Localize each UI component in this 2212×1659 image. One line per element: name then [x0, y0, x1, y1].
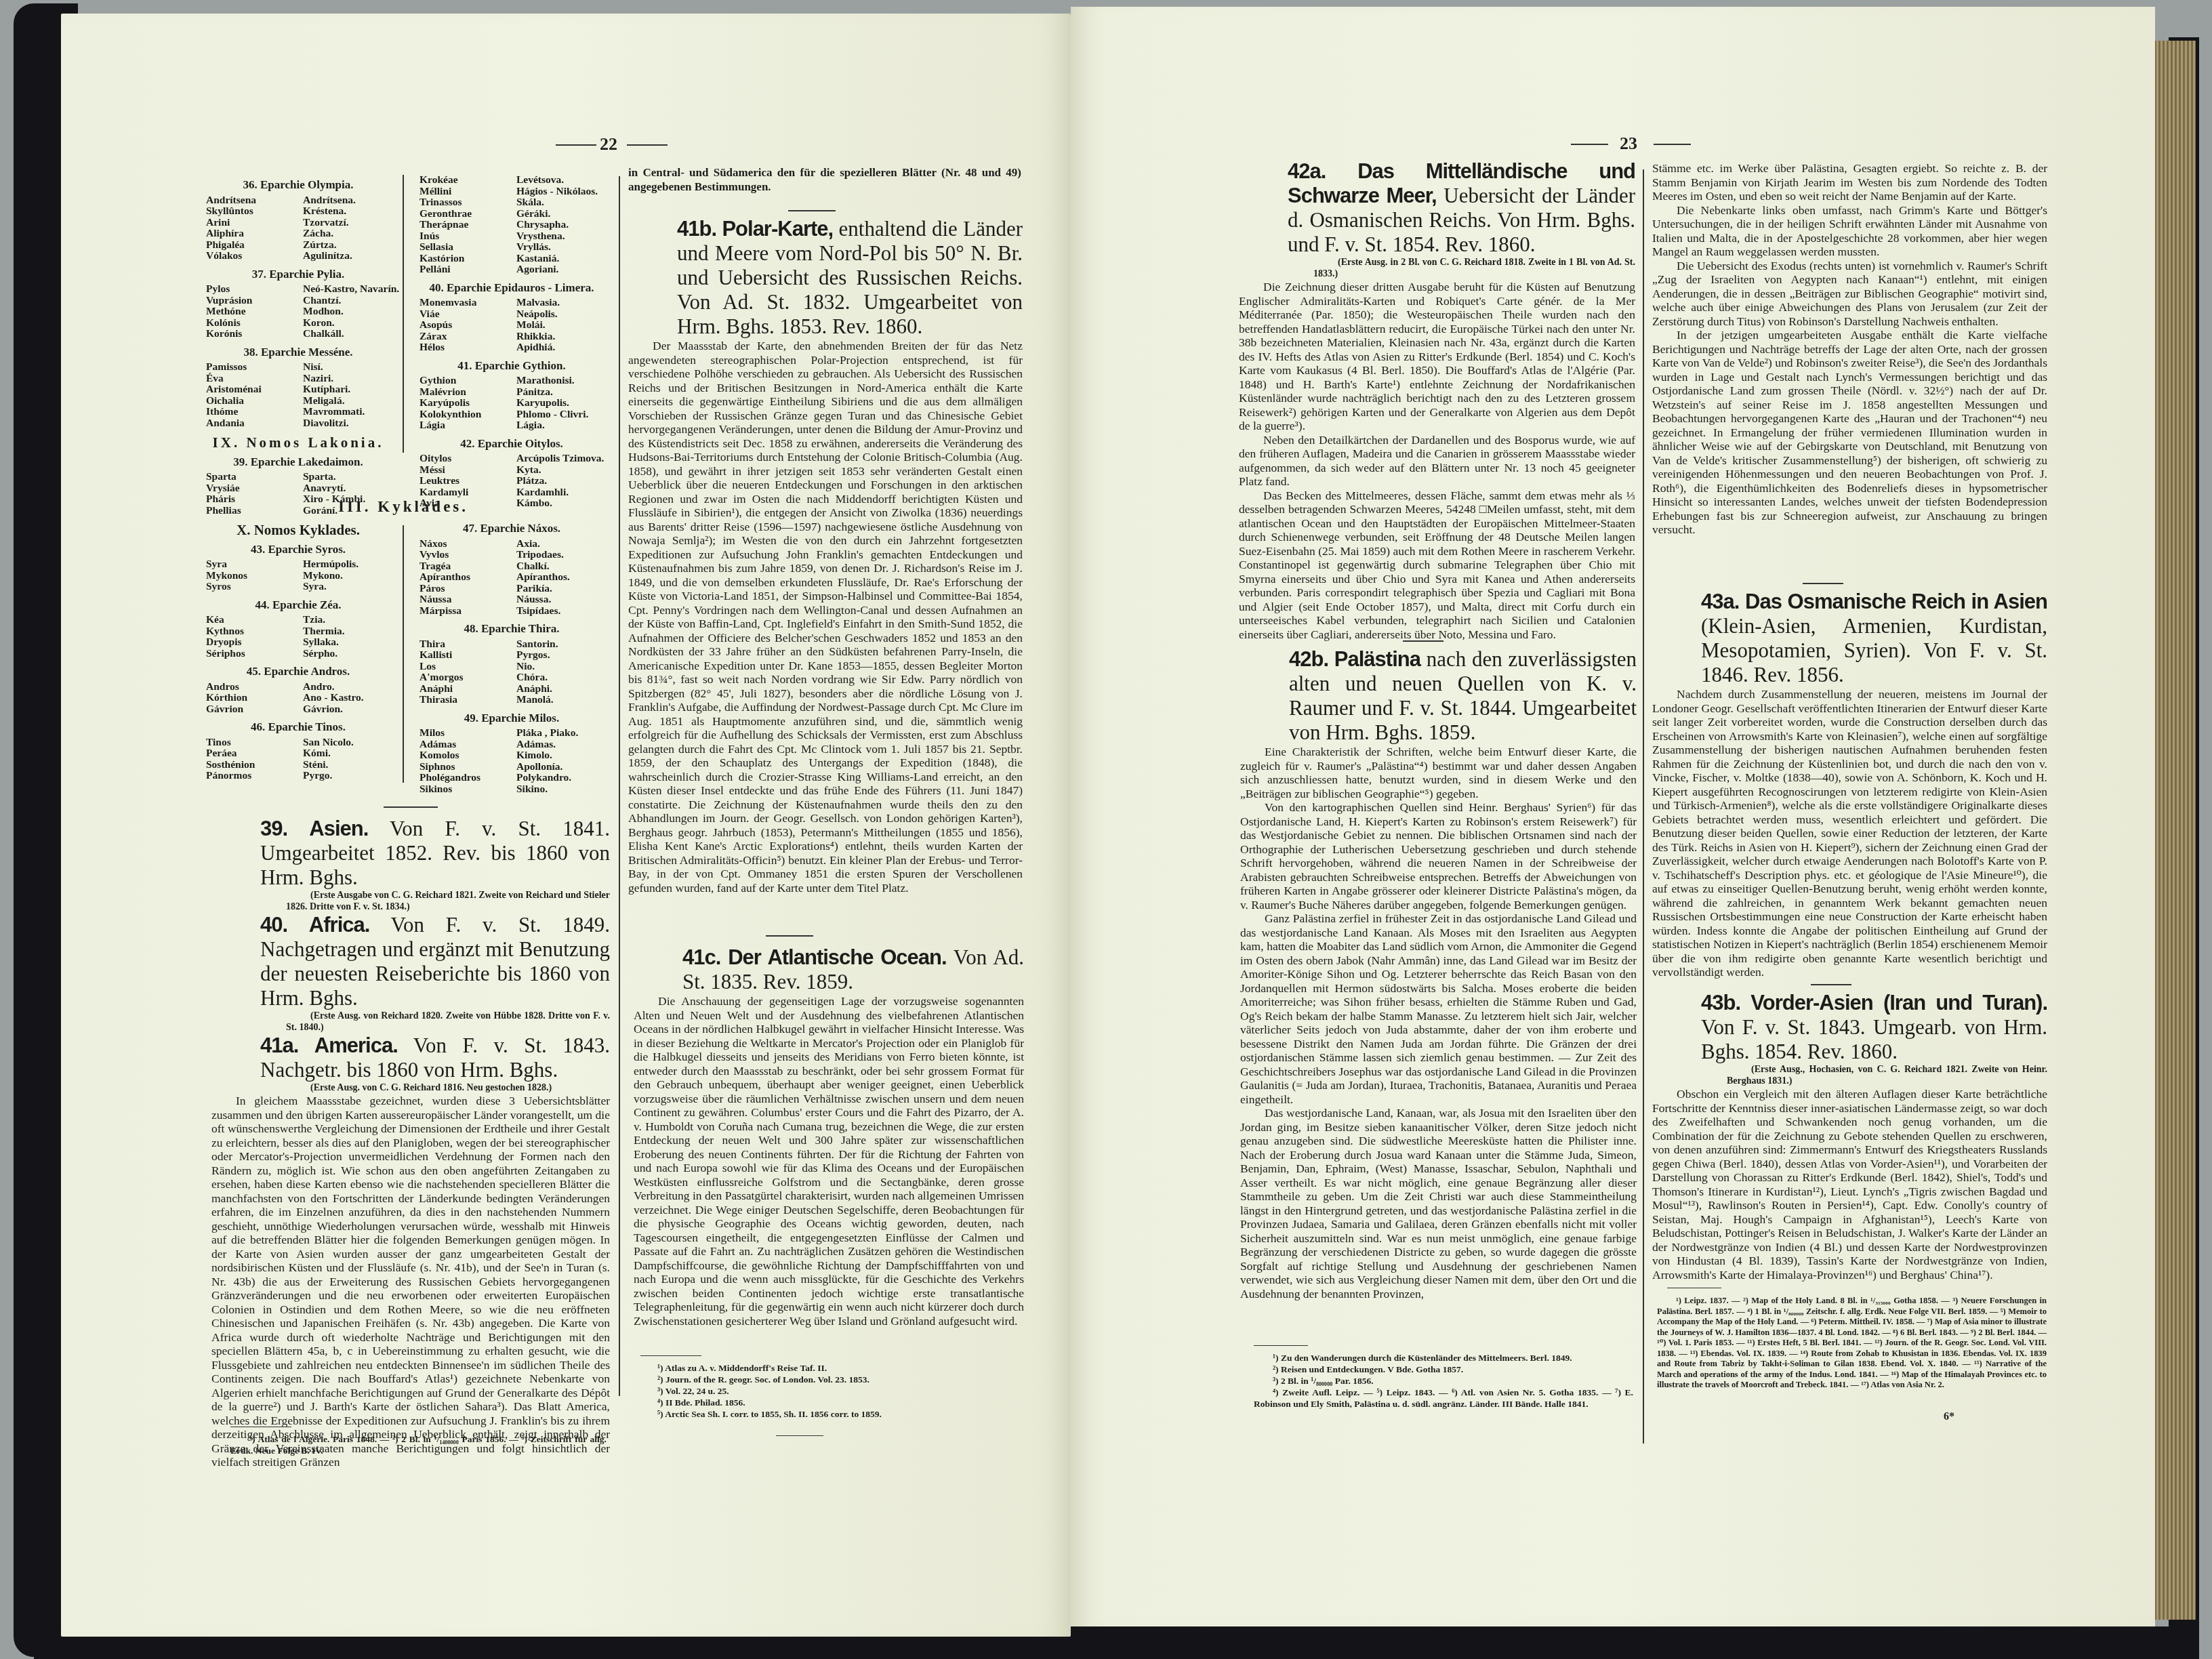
ancient-name: Vrysiáe — [206, 483, 303, 495]
entry-subtitle: Von F. v. St. 1843. Nachgetr. bis 1860 v… — [260, 1033, 610, 1082]
body-paragraph: In gleichem Maassstabe gezeichnet, wurde… — [211, 1094, 610, 1469]
modern-name: Karyupolis. — [516, 398, 613, 409]
ancient-name: Trinassos — [419, 197, 516, 209]
ancient-name: Monemvasia — [419, 298, 516, 309]
modern-name: Kastaniá. — [516, 253, 613, 265]
nomos-title: IX. Nomos Lakonia. — [197, 436, 400, 450]
ancient-name: Zárax — [419, 331, 516, 343]
ancient-name: Sikinos — [419, 784, 516, 796]
body-paragraph: In der jetzigen umgearbeiteten Ausgabe e… — [1652, 328, 2047, 537]
ancient-name: Syros — [206, 581, 303, 593]
eparchie-title: 44. Eparchie Zéa. — [197, 598, 400, 613]
entry-number: 42b. — [1289, 647, 1328, 671]
modern-name: Kimolo. — [516, 750, 613, 762]
footnote: ⁴) II Bde. Philad. 1856. — [657, 1397, 1017, 1408]
ancient-name: Tinos — [206, 737, 303, 749]
entry-heading: 42a. Das Mittelländische und Schwarze Me… — [1239, 159, 1635, 257]
entry-heading: 41b. Polar-Karte, enthaltend die Länder … — [628, 217, 1023, 339]
section-rule — [776, 1435, 823, 1436]
page-number-right: 23 — [1620, 134, 1637, 154]
eparchie-title: 40. Eparchie Epidauros - Limera. — [410, 281, 613, 295]
ancient-name: Los — [419, 661, 516, 673]
entry-number: 39. — [260, 817, 287, 840]
ancient-name: Pánormos — [206, 771, 303, 782]
entry-42b: 42b. Palästina nach den zuverlässigsten … — [1240, 647, 1637, 1300]
modern-name: Chóra. — [516, 672, 613, 684]
ancient-name: Andrítsena — [206, 195, 303, 207]
modern-name: Tzia. — [303, 615, 400, 626]
body-paragraph: Der Maassstab der Karte, den abnehmenden… — [628, 339, 1023, 895]
ancient-name: Andros — [206, 682, 303, 693]
ancient-name: Oichalia — [206, 396, 303, 407]
ancient-name: Gávrion — [206, 704, 303, 716]
modern-name: Marathonisi. — [516, 375, 613, 387]
footnote: ¹) Atlas zu A. v. Middendorff's Reise Ta… — [657, 1362, 1017, 1374]
modern-name: Rhikkia. — [516, 331, 613, 343]
kyklades-right: 47. Eparchie Náxos.NáxosAxia.VyvlosTripo… — [410, 516, 613, 795]
ancient-name: Sosthénion — [206, 760, 303, 771]
body-paragraph: Nachdem durch Zusammenstellung der neuer… — [1652, 687, 2047, 979]
entry-number: 43b. — [1701, 991, 1740, 1015]
ancient-name: Asopús — [419, 320, 516, 331]
place-name-table: MonemvasiaMalvasia.ViáeNeápolis.AsopúsMo… — [410, 298, 613, 354]
ancient-name: Vólakos — [206, 251, 303, 262]
body-paragraph: Neben den Detailkärtchen der Dardanellen… — [1239, 433, 1635, 489]
ancient-name: Siphnos — [419, 762, 516, 773]
footnote-rule — [1254, 1345, 1308, 1346]
modern-name: Zúrtza. — [303, 240, 400, 251]
ancient-name: Éva — [206, 373, 303, 385]
left-column-entries: 39. Asien. Von F. v. St. 1841. Umgearbei… — [211, 817, 610, 1469]
footnote-rule — [230, 1427, 291, 1427]
ancient-name: Lágia — [419, 420, 516, 432]
header-rule — [556, 144, 596, 146]
entry-number: 40. — [260, 913, 287, 937]
modern-name: Apíranthos. — [516, 572, 613, 583]
modern-name: Malvasia. — [516, 298, 613, 309]
eparchie-title: 36. Eparchie Olympia. — [197, 178, 400, 192]
modern-name: Andro. — [303, 682, 400, 693]
modern-name: Anavrytí. — [303, 483, 400, 495]
ancient-name: Dryopis — [206, 637, 303, 649]
footnote: ²) Reisen und Entdeckungen. V Bde. Gotha… — [1254, 1364, 1633, 1375]
modern-name: Neápolis. — [516, 309, 613, 321]
ancient-name: Arini — [206, 218, 303, 229]
modern-name: Chalkí. — [516, 561, 613, 573]
ancient-name: Oitylos — [419, 453, 516, 465]
eparchie-title: 42. Eparchie Oitylos. — [410, 437, 613, 451]
ancient-name: Kastórion — [419, 253, 516, 265]
section-title: III. Kyklades. — [197, 500, 610, 514]
entry-heading: 43a. Das Osmanische Reich in Asien (Klei… — [1652, 590, 2047, 687]
entry-number: 42a. — [1288, 159, 1326, 183]
ancient-name: Méssi — [419, 465, 516, 476]
modern-name: Polykandro. — [516, 773, 613, 784]
ancient-name: Páros — [419, 583, 516, 595]
modern-name: Kómi. — [303, 748, 400, 760]
modern-name: Skála. — [516, 197, 613, 209]
modern-name: Tzorvatzí. — [303, 218, 400, 229]
place-name-table: MilosPláka , Piako.AdámasAdámas.KomolosK… — [410, 728, 613, 795]
modern-name: Adámas. — [516, 739, 613, 751]
footnote: ³) 2 Bl. in ¹/₈₀₀₀₀₀ Par. 1856. — [1254, 1375, 1633, 1387]
entry-heading: 39. Asien. Von F. v. St. 1841. Umgearbei… — [211, 817, 610, 890]
nomos-title: X. Nomos Kyklades. — [197, 523, 400, 537]
place-name-table: PylosNeó-Kastro, Navarín.VuprásionChantz… — [197, 284, 400, 340]
ancient-name: Tragéa — [419, 561, 516, 573]
modern-name: Meligalá. — [303, 396, 400, 407]
ancient-name: Náussa — [419, 594, 516, 606]
entry-41b: 41b. Polar-Karte, enthaltend die Länder … — [628, 217, 1023, 895]
body-paragraph: Die Nebenkarte links oben umfasst, nach … — [1652, 203, 2047, 259]
ancient-name: Kolónis — [206, 318, 303, 329]
footnote: ⁴) Zweite Aufl. Leipz. — ⁵) Leipz. 1843.… — [1254, 1387, 1633, 1410]
ancient-name: Anáphi — [419, 684, 516, 695]
entry-43a: 43a. Das Osmanische Reich in Asien (Klei… — [1652, 590, 2047, 979]
modern-name: Lágia. — [516, 420, 613, 432]
modern-name: Chalkáll. — [303, 329, 400, 340]
modern-name: Sténi. — [303, 760, 400, 771]
modern-name: Pyrgo. — [303, 771, 400, 782]
section-rule — [1403, 640, 1443, 642]
modern-name: Gávrion. — [303, 704, 400, 716]
ancient-name: Vuprásion — [206, 295, 303, 307]
modern-name: Apidhiá. — [516, 342, 613, 354]
ancient-name: Kythnos — [206, 626, 303, 638]
footnote: ²) Journ. of the R. geogr. Soc. of Londo… — [657, 1374, 1017, 1385]
modern-name: Axia. — [516, 539, 613, 550]
place-name-table: AndrítsenaAndrítsena.SkyllûntosKréstena.… — [197, 195, 400, 262]
eparchie-title: 43. Eparchie Syros. — [197, 543, 400, 557]
modern-name: Diavolitzi. — [303, 418, 400, 430]
eparchie-title: 39. Eparchie Lakedaimon. — [197, 455, 400, 470]
ancient-name: Geronthrae — [419, 209, 516, 220]
modern-name: Chrysapha. — [516, 220, 613, 231]
modern-name: Phlomo - Clivri. — [516, 409, 613, 421]
modern-name: Syllaka. — [303, 637, 400, 649]
eparchie-title: 47. Eparchie Náxos. — [410, 522, 613, 536]
page-edges — [2148, 41, 2196, 1620]
modern-name: Tripodaes. — [516, 550, 613, 561]
entry-title: Polar-Karte, — [722, 217, 833, 241]
place-name-table: ThiraSantorin.KallistiPyrgos.LosNio.A'mo… — [410, 639, 613, 706]
modern-name: Syra. — [303, 581, 400, 593]
entry-42a: 42a. Das Mittelländische und Schwarze Me… — [1239, 159, 1635, 641]
entry-heading: 42b. Palästina nach den zuverlässigsten … — [1240, 647, 1637, 745]
header-rule — [1654, 144, 1691, 145]
body-paragraph: Das Becken des Mittelmeeres, dessen Fläc… — [1239, 489, 1635, 642]
modern-name: Agulinítza. — [303, 251, 400, 262]
body-paragraph: Die Anschauung der gegenseitigen Lage de… — [634, 994, 1024, 1328]
ancient-name: Korónis — [206, 329, 303, 340]
ancient-name: Methóne — [206, 306, 303, 318]
kyklades-left: X. Nomos Kyklades.43. Eparchie Syros.Syr… — [197, 516, 400, 782]
footnote-rule — [1667, 1288, 1721, 1288]
place-name-table: TinosSan Nicolo.PeráeaKómi.SosthénionSté… — [197, 737, 400, 782]
entry-number: 41c. — [682, 945, 720, 969]
modern-name: Mavrommati. — [303, 407, 400, 418]
place-name-table: PamissosNisí.ÉvaNaziri.AristoménaiKutíph… — [197, 362, 400, 429]
edition-note: (Erste Ausgabe von C. G. Reichard 1821. … — [211, 890, 610, 913]
modern-name: Sparta. — [303, 472, 400, 483]
header-rule — [627, 144, 668, 146]
ancient-name: Aliphíra — [206, 228, 303, 240]
edition-note: (Erste Ausg. in 2 Bl. von C. G. Reichard… — [1239, 257, 1635, 280]
footnotes-43: ¹) Leipz. 1837. — ²) Map of the Holy Lan… — [1657, 1296, 2047, 1391]
footnote: ³) Vol. 22, 24 u. 25. — [657, 1385, 1017, 1397]
edition-note: (Erste Ausg., Hochasien, von C. G. Reich… — [1652, 1064, 2047, 1087]
modern-name: Zácha. — [303, 228, 400, 240]
column-divider — [619, 176, 620, 1396]
modern-name: Pláka , Piako. — [516, 728, 613, 739]
ancient-name: Sparta — [206, 472, 303, 483]
modern-name: Náussa. — [516, 594, 613, 606]
section-rule — [766, 935, 813, 937]
ancient-name: Andania — [206, 418, 303, 430]
modern-name: Anáphi. — [516, 684, 613, 695]
footnote: ⁵) Arctic Sea Sh. I. corr. to 1855, Sh. … — [657, 1408, 1017, 1420]
modern-name: Neó-Kastro, Navarín. — [303, 284, 400, 295]
ancient-name: Thira — [419, 639, 516, 651]
entry-title: Palästina — [1334, 647, 1420, 671]
modern-name: Kréstena. — [303, 206, 400, 218]
entry-title: Vorder-Asien (Iran und Turan). — [1750, 991, 2047, 1015]
ancient-name: Ithóme — [206, 407, 303, 418]
column-divider — [403, 525, 404, 783]
ancient-name: Márpissa — [419, 606, 516, 617]
ancient-name: Leuktres — [419, 476, 516, 487]
page-number-left: 22 — [600, 134, 617, 155]
ancient-name: Pelláni — [419, 264, 516, 276]
gazetteer-right: KrokéaeLevétsova.MélliniHágios - Nikólao… — [410, 175, 613, 510]
modern-name: Manolá. — [516, 695, 613, 706]
entry-number: 43a. — [1701, 590, 1739, 613]
sheet-signature: 6* — [1944, 1411, 1954, 1423]
ancient-name: Krokéae — [419, 175, 516, 186]
eparchie-title: 48. Eparchie Thira. — [410, 622, 613, 636]
entry-41c: 41c. Der Atlantische Ocean. Von Ad. St. … — [634, 945, 1024, 1328]
ancient-name: Thirasia — [419, 695, 516, 706]
place-name-table: AndrosAndro.KórthionAno - Kastro.Gávrion… — [197, 682, 400, 716]
ancient-name: Therápnae — [419, 220, 516, 231]
ancient-name: Vyvlos — [419, 550, 516, 561]
modern-name: Sikino. — [516, 784, 613, 796]
eparchie-title: 41. Eparchie Gythion. — [410, 359, 613, 373]
modern-name: Pyrgos. — [516, 650, 613, 661]
modern-name: Arcúpolis Tzimova. — [516, 453, 613, 465]
ancient-name: Karyúpolis — [419, 398, 516, 409]
place-name-table: KrokéaeLevétsova.MélliniHágios - Nikólao… — [410, 175, 613, 276]
eparchie-title: 37. Eparchie Pylia. — [197, 268, 400, 282]
ancient-name: Skyllûntos — [206, 206, 303, 218]
modern-name: Thermia. — [303, 626, 400, 638]
place-name-table: SyraHermúpolis.MykonosMykono.SyrosSyra. — [197, 559, 400, 593]
modern-name: Modhon. — [303, 306, 400, 318]
body-paragraph: Obschon ein Vergleich mit den älteren Au… — [1652, 1087, 2047, 1282]
modern-name: Apollonía. — [516, 762, 613, 773]
entry-heading: 43b. Vorder-Asien (Iran und Turan). Von … — [1652, 991, 2047, 1064]
ancient-name: Syra — [206, 559, 303, 571]
section-rule — [384, 806, 438, 808]
continuation-text: in Central- und Südamerica den für die s… — [628, 166, 1021, 194]
modern-name: Nisí. — [303, 362, 400, 373]
column-divider — [1643, 169, 1644, 1443]
modern-name: Andrítsena. — [303, 195, 400, 207]
modern-name: Nio. — [516, 661, 613, 673]
eparchie-title: 49. Eparchie Milos. — [410, 712, 613, 726]
modern-name: Mykono. — [303, 571, 400, 582]
section-rule — [788, 210, 836, 211]
edition-note: (Erste Ausg. von C. G. Reichard 1816. Ne… — [211, 1082, 610, 1094]
footnote: ¹) Zu den Wanderungen durch die Küstenlä… — [1254, 1352, 1633, 1364]
entry-heading: 41c. Der Atlantische Ocean. Von Ad. St. … — [634, 945, 1024, 994]
place-name-table: NáxosAxia.VyvlosTripodaes.TragéaChalkí.A… — [410, 539, 613, 617]
body-paragraph: Von den kartographischen Quellen sind He… — [1240, 800, 1637, 912]
body-paragraph: Ganz Palästina zerfiel in frühester Zeit… — [1240, 912, 1637, 1106]
entry-43b: 43b. Vorder-Asien (Iran und Turan). Von … — [1652, 991, 2047, 1282]
modern-name: Vrysthena. — [516, 231, 613, 243]
ancient-name: Kórthion — [206, 693, 303, 704]
ancient-name: Komolos — [419, 750, 516, 762]
modern-name: Tsipídaes. — [516, 606, 613, 617]
ancient-name: Náxos — [419, 539, 516, 550]
ancient-name: Pylos — [206, 284, 303, 295]
column-2-continuation: Stämme etc. im Werke über Palästina, Ges… — [1652, 161, 2047, 537]
footnote-41a: ¹) Atlas de l'Algérie. Paris 1848. — ²) … — [230, 1433, 607, 1456]
entry-number: 41b. — [677, 217, 716, 241]
entry-subtitle: (Klein-Asien, Armenien, Kurdistan, Mesop… — [1701, 614, 2047, 687]
ancient-name: Gythion — [419, 375, 516, 387]
entry-heading: 40. Africa. Von F. v. St. 1849. Nachgetr… — [211, 913, 610, 1010]
body-paragraph: Eine Charakteristik der Schriften, welch… — [1240, 745, 1637, 800]
modern-name: Ano - Kastro. — [303, 693, 400, 704]
ancient-name: Kolokynthion — [419, 409, 516, 421]
modern-name: Chantzí. — [303, 295, 400, 307]
ancient-name: Méllini — [419, 186, 516, 198]
ancient-name: Sellasia — [419, 242, 516, 253]
entry-number: 41a. — [260, 1033, 298, 1057]
entry-title: Das Osmanische Reich in Asien — [1745, 590, 2047, 613]
modern-name: Koron. — [303, 318, 400, 329]
modern-name: Géráki. — [516, 209, 613, 220]
body-paragraph: Die Zeichnung dieser dritten Ausgabe ber… — [1239, 280, 1635, 433]
ancient-name: Pholégandros — [419, 773, 516, 784]
place-name-table: KéaTzia.KythnosThermia.DryopisSyllaka.Sé… — [197, 615, 400, 659]
column-divider — [403, 175, 404, 453]
footnote-rule — [640, 1355, 701, 1356]
ancient-name: Aristoménai — [206, 384, 303, 396]
modern-name: Kutíphari. — [303, 384, 400, 396]
section-rule — [1811, 984, 1851, 985]
modern-name: Agoriani. — [516, 264, 613, 276]
ancient-name: Apíranthos — [419, 572, 516, 583]
modern-name: Naziri. — [303, 373, 400, 385]
modern-name: San Nicolo. — [303, 737, 400, 749]
gazetteer-left: 36. Eparchie Olympia.AndrítsenaAndrítsen… — [197, 173, 400, 516]
modern-name: Plátza. — [516, 476, 613, 487]
body-paragraph: Das westjordanische Land, Kanaan, war, a… — [1240, 1106, 1637, 1300]
entry-title: Der Atlantische Ocean. — [728, 945, 946, 969]
entry-heading: 41a. America. Von F. v. St. 1843. Nachge… — [211, 1033, 610, 1082]
body-paragraph: Stämme etc. im Werke über Palästina, Ges… — [1652, 161, 2047, 203]
ancient-name: Sériphos — [206, 649, 303, 660]
ancient-name: Adámas — [419, 739, 516, 751]
entry-subtitle: Von F. v. St. 1843. Umgearb. von Hrm. Bg… — [1701, 1015, 2047, 1063]
eparchie-title: 38. Eparchie Messéne. — [197, 346, 400, 360]
body-paragraph: Die Uebersicht des Exodus (rechts unten)… — [1652, 259, 2047, 329]
modern-name: Molái. — [516, 320, 613, 331]
entry-title: America. — [314, 1033, 398, 1057]
footnotes-41b: ¹) Atlas zu A. v. Middendorff's Reise Ta… — [657, 1362, 1017, 1420]
modern-name: Sérpho. — [303, 649, 400, 660]
modern-name: Pánitza. — [516, 387, 613, 398]
ancient-name: Viáe — [419, 309, 516, 321]
ancient-name: Phigaléa — [206, 240, 303, 251]
ancient-name: A'morgos — [419, 672, 516, 684]
modern-name: Levétsova. — [516, 175, 613, 186]
entry-title: Africa. — [309, 913, 369, 937]
ancient-name: Malévrion — [419, 387, 516, 398]
ancient-name: Mykonos — [206, 571, 303, 582]
ancient-name: Inús — [419, 231, 516, 243]
edition-note: (Erste Ausg. von Reichard 1820. Zweite v… — [211, 1010, 610, 1033]
ancient-name: Milos — [419, 728, 516, 739]
modern-name: Kyta. — [516, 465, 613, 476]
modern-name: Vryllás. — [516, 242, 613, 253]
kyklades-section: III. Kyklades. — [197, 493, 610, 516]
place-name-table: GythionMarathonisi.MalévrionPánitza.Kary… — [410, 375, 613, 432]
eparchie-title: 46. Eparchie Tinos. — [197, 720, 400, 735]
footnotes-42: ¹) Zu den Wanderungen durch die Küstenlä… — [1254, 1352, 1633, 1410]
modern-name: Santorin. — [516, 639, 613, 651]
ancient-name: Kallisti — [419, 650, 516, 661]
ancient-name: Kéa — [206, 615, 303, 626]
entry-title: Asien. — [309, 817, 368, 840]
modern-name: Parikía. — [516, 583, 613, 595]
modern-name: Hágios - Nikólaos. — [516, 186, 613, 198]
ancient-name: Pamissos — [206, 362, 303, 373]
ancient-name: Peráea — [206, 748, 303, 760]
eparchie-title: 45. Eparchie Andros. — [197, 665, 400, 679]
modern-name: Hermúpolis. — [303, 559, 400, 571]
ancient-name: Hélos — [419, 342, 516, 354]
section-rule — [1803, 583, 1843, 584]
header-rule — [1571, 144, 1608, 145]
